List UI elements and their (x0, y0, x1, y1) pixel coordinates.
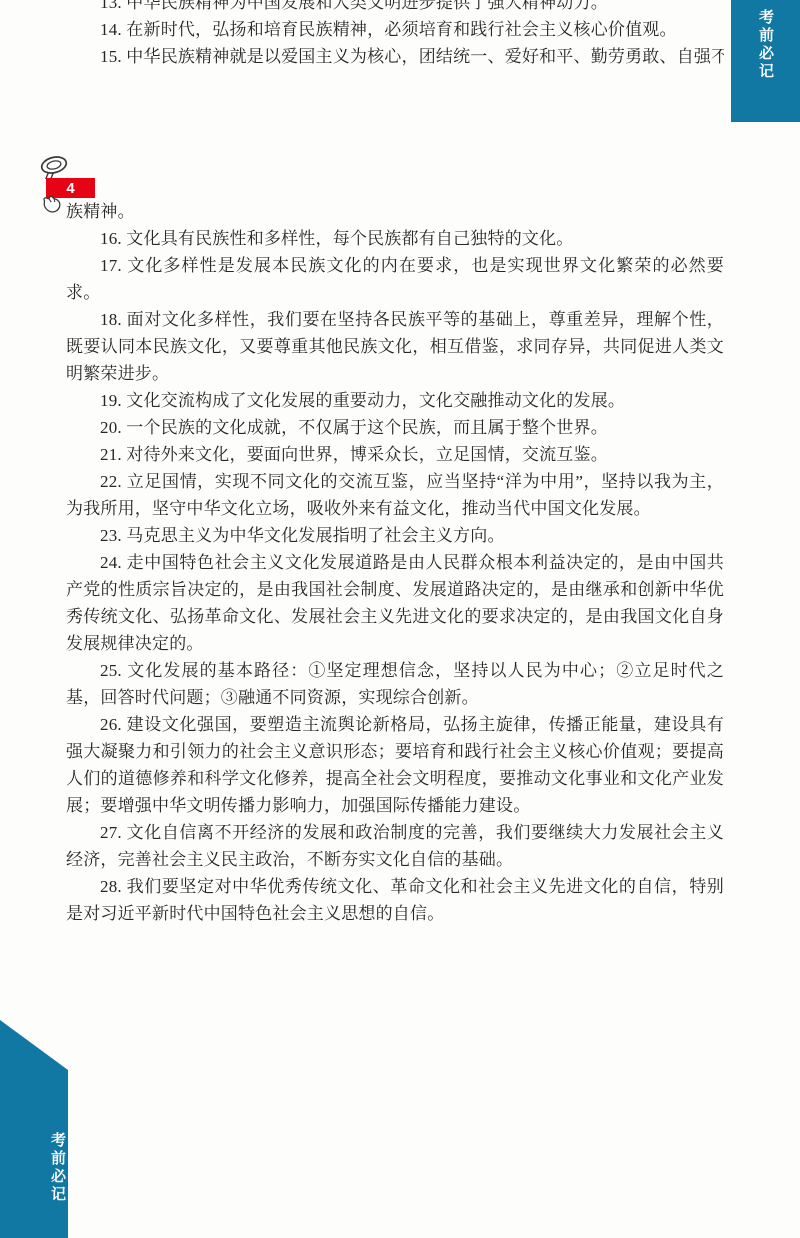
memo-item-22: 22. 立足国情，实现不同文化的交流互鉴，应当坚持“洋为中用”，坚持以我为主，为… (66, 468, 724, 522)
memo-item-23: 23. 马克思主义为中华文化发展指明了社会主义方向。 (66, 522, 724, 549)
scanned-book-page: 考前必记 13. 中华民族精神为中国发展和人类文明进步提供了强大精神动力。 14… (0, 0, 800, 1238)
memo-item-15: 15. 中华民族精神就是以爱国主义为核心，团结统一、爱好和平、勤劳勇敢、自强不息… (66, 43, 724, 70)
continuation-line: 族精神。 (66, 198, 724, 225)
previous-page-tail: 13. 中华民族精神为中国发展和人类文明进步提供了强大精神动力。 14. 在新时… (66, 0, 724, 70)
memo-item-18: 18. 面对文化多样性，我们要在坚持各民族平等的基础上，尊重差异，理解个性，既要… (66, 306, 724, 387)
memo-item-27: 27. 文化自信离不开经济的发展和政治制度的完善，我们要继续大力发展社会主义经济… (66, 819, 724, 873)
memo-item-24: 24. 走中国特色社会主义文化发展道路是由人民群众根本利益决定的，是由中国共产党… (66, 549, 724, 657)
memo-item-26: 26. 建设文化强国，要塑造主流舆论新格局，弘扬主旋律，传播正能量，建设具有强大… (66, 711, 724, 819)
hand-pointer-icon (41, 194, 64, 215)
page-marker: 4 (36, 155, 102, 219)
memo-item-20: 20. 一个民族的文化成就，不仅属于这个民族，而且属于整个世界。 (66, 414, 724, 441)
page-text-column: 13. 中华民族精神为中国发展和人类文明进步提供了强大精神动力。 14. 在新时… (0, 0, 800, 927)
memo-item-19: 19. 文化交流构成了文化发展的重要动力，文化交融推动文化的发展。 (66, 387, 724, 414)
memo-item-16: 16. 文化具有民族性和多样性，每个民族都有自己独特的文化。 (66, 225, 724, 252)
memo-item-17: 17. 文化多样性是发展本民族文化的内在要求，也是实现世界文化繁荣的必然要求。 (66, 252, 724, 306)
memo-item-13: 13. 中华民族精神为中国发展和人类文明进步提供了强大精神动力。 (66, 0, 724, 16)
memo-item-14: 14. 在新时代，弘扬和培育民族精神，必须培育和践行社会主义核心价值观。 (66, 16, 724, 43)
page-4-content: 族精神。 16. 文化具有民族性和多样性，每个民族都有自己独特的文化。 17. … (66, 198, 724, 927)
page-break-gap (66, 70, 724, 198)
memo-item-21: 21. 对待外来文化，要面向世界，博采众长，立足国情，交流互鉴。 (66, 441, 724, 468)
memo-item-28: 28. 我们要坚定对中华优秀传统文化、革命文化和社会主义先进文化的自信，特别是对… (66, 873, 724, 927)
bottom-left-side-tab: 考前必记 (0, 1020, 68, 1238)
side-tab-label-bottom: 考前必记 (50, 1132, 65, 1204)
memo-item-25: 25. 文化发展的基本路径：①坚定理想信念，坚持以人民为中心；②立足时代之基，回… (66, 657, 724, 711)
